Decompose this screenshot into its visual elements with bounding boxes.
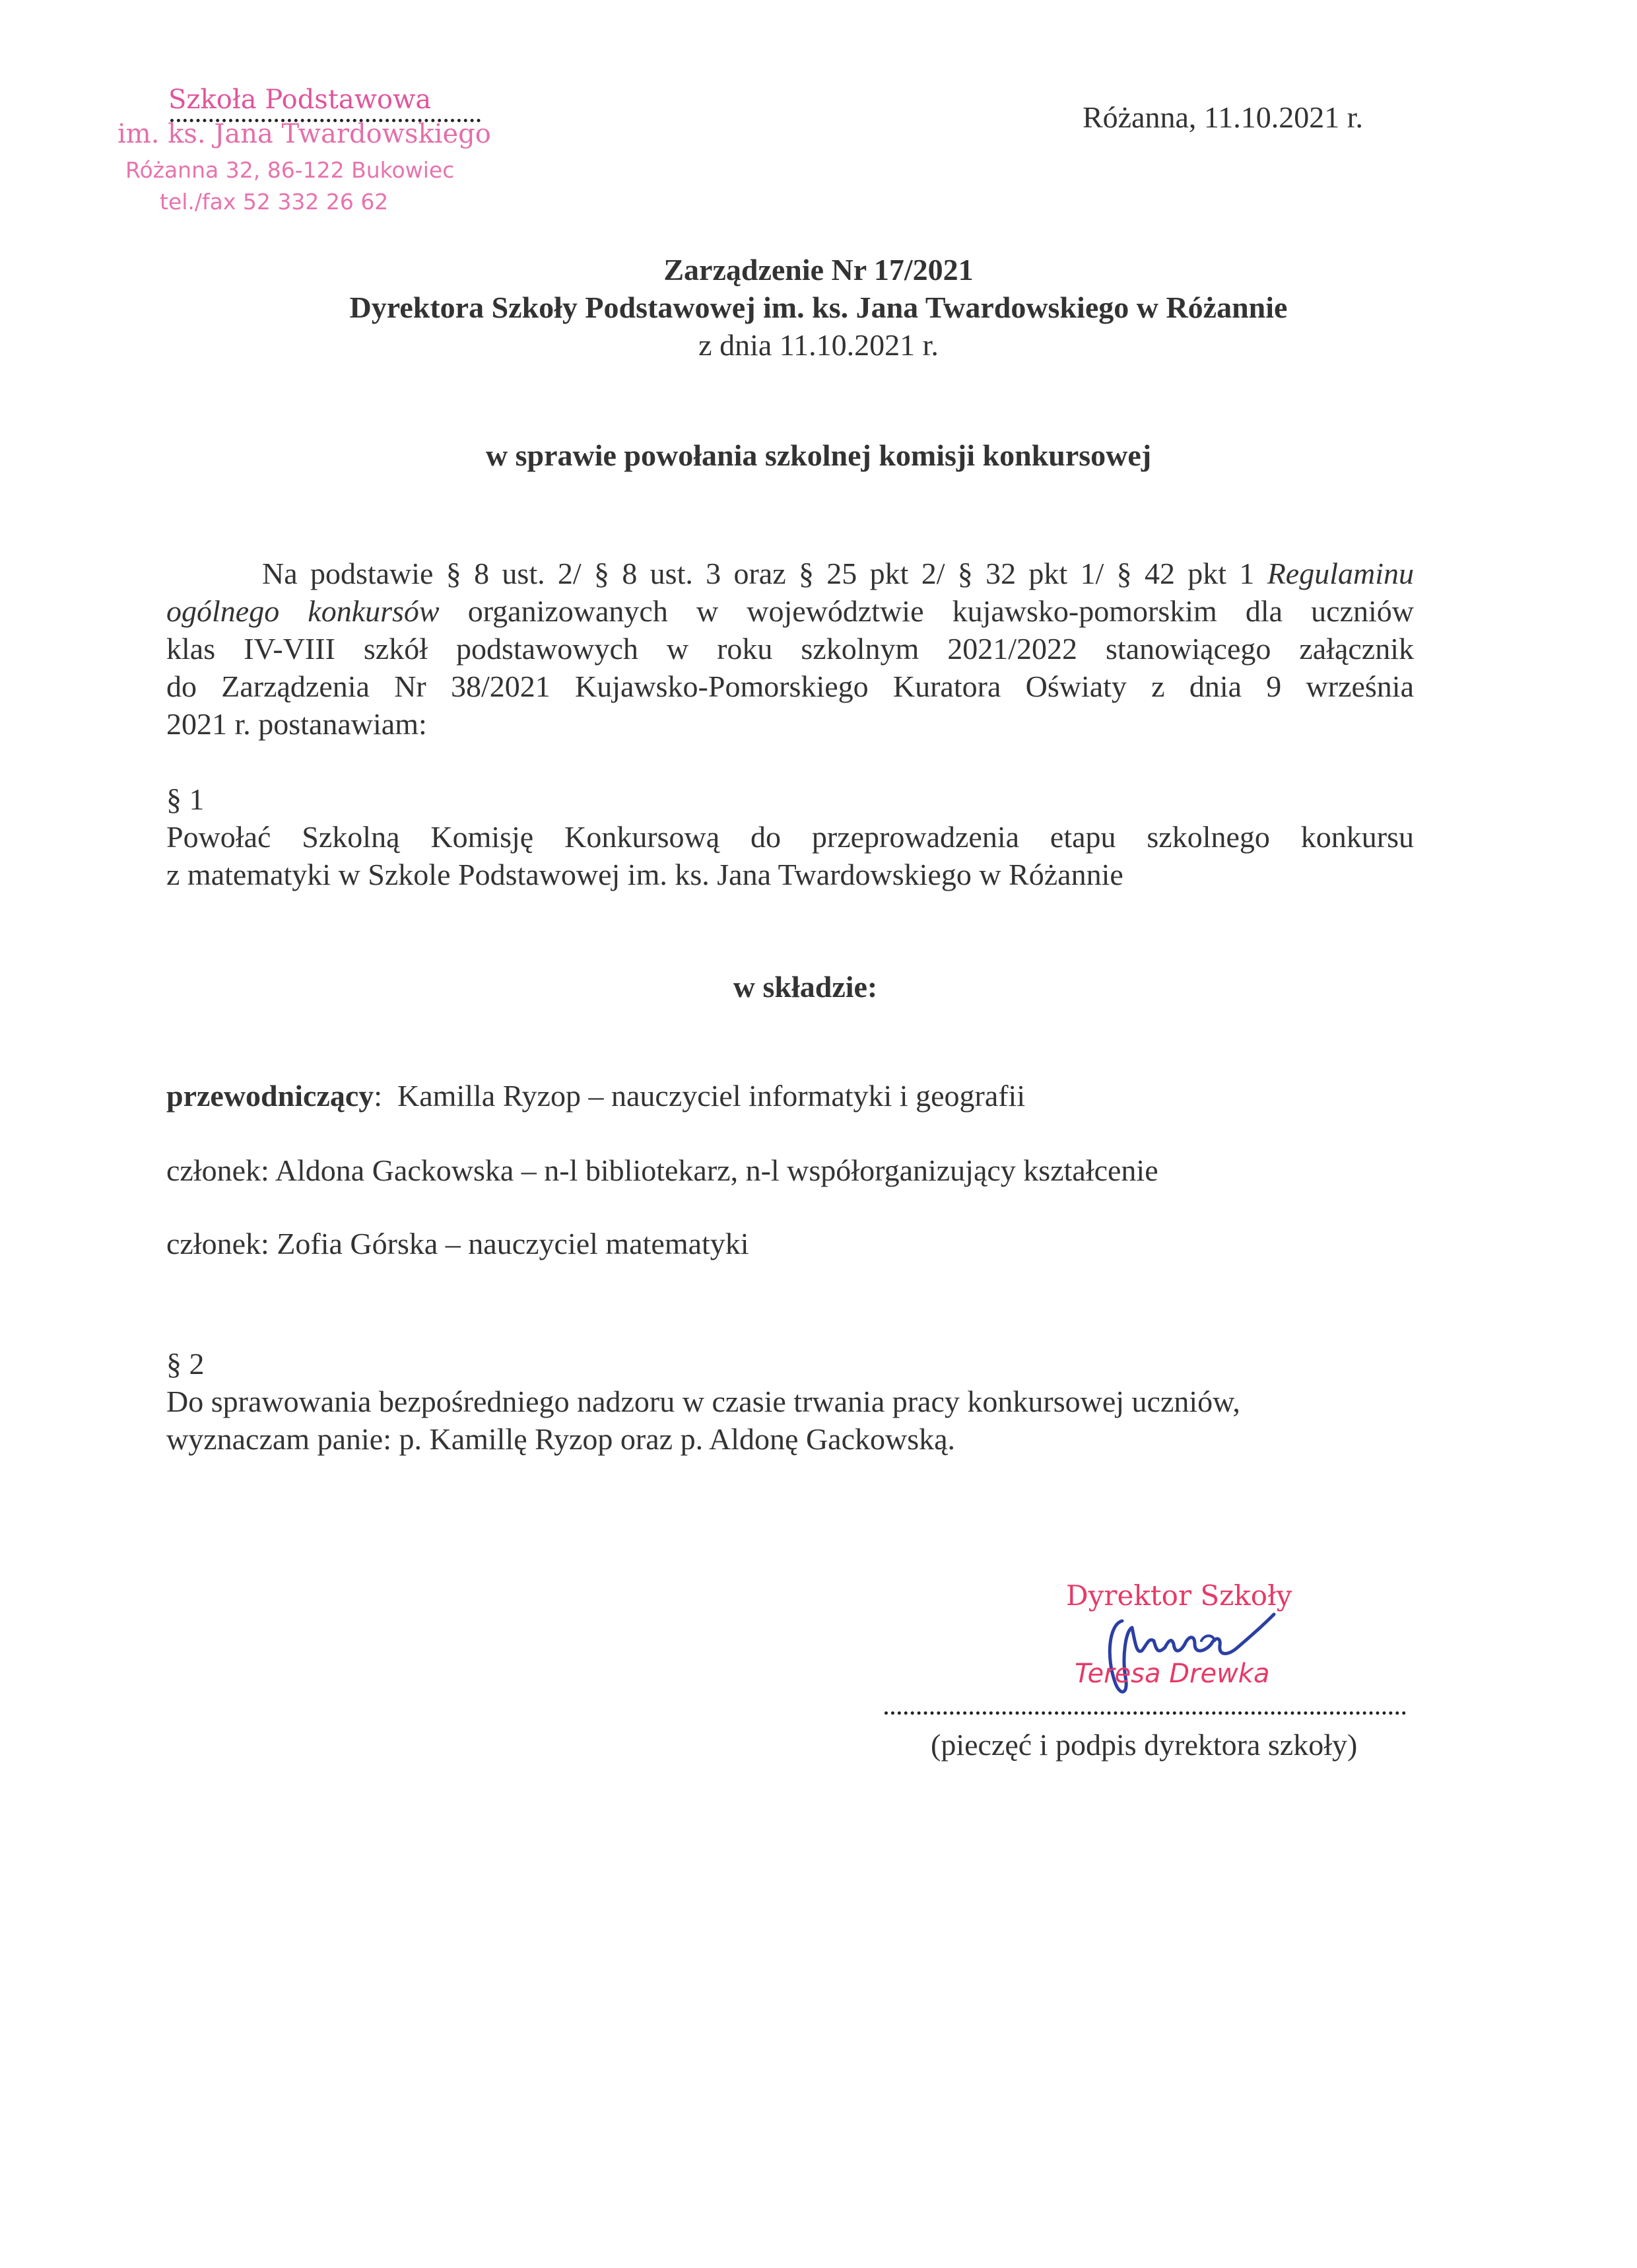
member-role: przewodniczący xyxy=(166,1079,374,1113)
document-date: z dnia 11.10.2021 r. xyxy=(0,326,1637,364)
section-1-line-1: Powołać Szkolną Komisję Konkursową do pr… xyxy=(166,818,1414,856)
member-chair: przewodniczący: Kamilla Ryzop – nauczyci… xyxy=(166,1078,1025,1115)
signature-caption: (pieczęć i podpis dyrektora szkoły) xyxy=(931,1727,1357,1764)
member-description: Kamilla Ryzop – nauczyciel informatyki i… xyxy=(397,1079,1025,1113)
member-role: członek xyxy=(166,1227,261,1260)
section-2-line-1: Do sprawowania bezpośredniego nadzoru w … xyxy=(166,1383,1240,1420)
school-stamp-phone: tel./fax 52 332 26 62 xyxy=(160,189,388,215)
regulation-title-part: Regulaminu xyxy=(1267,557,1414,590)
member-role: członek xyxy=(166,1153,261,1187)
preamble-line-5: 2021 r. postanawiam: xyxy=(166,705,1414,743)
preamble-line-2: ogólnego konkursów organizowanych w woje… xyxy=(166,592,1414,630)
place-date: Różanna, 11.10.2021 r. xyxy=(1083,99,1363,136)
document-subject: w sprawie powołania szkolnej komisji kon… xyxy=(0,437,1637,474)
section-2: § 2 Do sprawowania bezpośredniego nadzor… xyxy=(166,1345,1240,1458)
role-colon: : xyxy=(261,1227,277,1260)
signature-dotted-line xyxy=(885,1711,1406,1715)
document-title: Zarządzenie Nr 17/2021 xyxy=(0,251,1637,289)
director-stamp-name: Teresa Drewka xyxy=(1075,1659,1269,1689)
section-1-line-2: z matematyki w Szkole Podstawowej im. ks… xyxy=(166,856,1414,893)
role-colon: : xyxy=(374,1079,397,1113)
member-2: członek: Zofia Górska – nauczyciel matem… xyxy=(166,1225,749,1262)
composition-heading: w składzie: xyxy=(0,969,1611,1006)
section-2-line-2: wyznaczam panie: p. Kamillę Ryzop oraz p… xyxy=(166,1420,1240,1458)
member-description: Zofia Górska – nauczyciel matematyki xyxy=(277,1227,749,1260)
document-page: { "school_stamp": { "line1": "Szkoła Pod… xyxy=(0,0,1637,2268)
school-stamp-name: Szkoła Podstawowa xyxy=(168,85,431,115)
preamble-line-1: Na podstawie § 8 ust. 2/ § 8 ust. 3 oraz… xyxy=(166,555,1414,592)
section-1: § 1 Powołać Szkolną Komisję Konkursową d… xyxy=(166,780,1414,893)
school-stamp-address: Różanna 32, 86-122 Bukowiec xyxy=(125,157,454,183)
member-1: członek: Aldona Gackowska – n-l bibliote… xyxy=(166,1152,1158,1189)
preamble-line-3: klas IV-VIII szkół podstawowych w roku s… xyxy=(166,630,1414,668)
section-1-heading: § 1 xyxy=(166,780,1414,818)
preamble-paragraph: Na podstawie § 8 ust. 2/ § 8 ust. 3 oraz… xyxy=(166,555,1414,743)
role-colon: : xyxy=(261,1153,275,1187)
preamble-text: Na podstawie § 8 ust. 2/ § 8 ust. 3 oraz… xyxy=(262,557,1267,590)
preamble-text: organizowanych w województwie kujawsko-p… xyxy=(440,594,1414,628)
regulation-title-part: ogólnego konkursów xyxy=(166,594,440,628)
school-stamp-patron: im. ks. Jana Twardowskiego xyxy=(117,119,491,149)
preamble-line-4: do Zarządzenia Nr 38/2021 Kujawsko-Pomor… xyxy=(166,668,1414,705)
document-issuer: Dyrektora Szkoły Podstawowej im. ks. Jan… xyxy=(0,289,1637,326)
section-2-heading: § 2 xyxy=(166,1345,1240,1383)
member-description: Aldona Gackowska – n-l bibliotekarz, n-l… xyxy=(275,1153,1158,1187)
